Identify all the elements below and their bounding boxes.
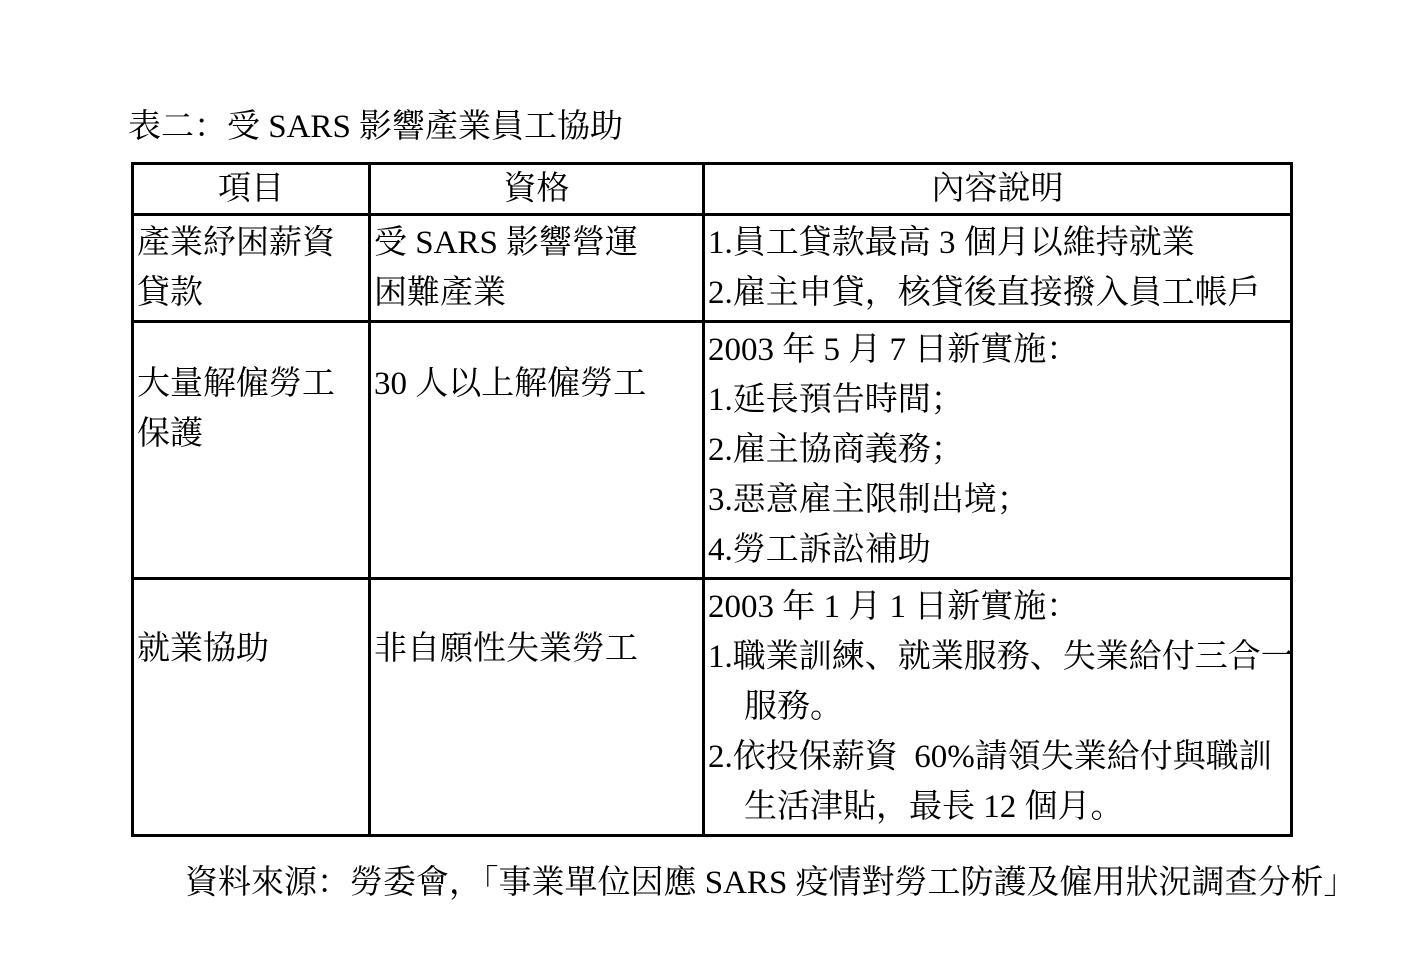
text-line: 2003 年 5 月 7 日新實施： (708, 325, 1287, 375)
header-description: 內容說明 (704, 164, 1292, 215)
table-row: 就業協助 非自願性失業勞工 2003 年 1 月 1 日新實施： 1.職業訓練、… (133, 579, 1292, 836)
text-line: 3.惡意雇主限制出境； (708, 475, 1287, 525)
cell-qualification: 非自願性失業勞工 (370, 579, 704, 836)
text-line: 2.雇主申貸，核貸後直接撥入員工帳戶 (708, 268, 1287, 318)
text-line: 大量解僱勞工 (137, 359, 365, 409)
document-page: 表二：受 SARS 影響產業員工協助 項目 資格 內容說明 產業紓困薪資 貸款 … (0, 0, 1411, 973)
cell-qualification: 30 人以上解僱勞工 (370, 322, 704, 579)
cell-item: 大量解僱勞工 保護 (133, 322, 370, 579)
text-line: 受 SARS 影響營運 (374, 218, 699, 268)
text-line: 非自願性失業勞工 (374, 624, 699, 674)
text-line: 就業協助 (137, 624, 365, 674)
table-row: 大量解僱勞工 保護 30 人以上解僱勞工 2003 年 5 月 7 日新實施： … (133, 322, 1292, 579)
text-line: 1.職業訓練、就業服務、失業給付三合一 (708, 632, 1287, 682)
cell-description: 2003 年 1 月 1 日新實施： 1.職業訓練、就業服務、失業給付三合一 服… (704, 579, 1292, 836)
assistance-table: 項目 資格 內容說明 產業紓困薪資 貸款 受 SARS 影響營運 困難產業 1.… (131, 162, 1293, 837)
text-line: 保護 (137, 409, 365, 459)
table-row: 產業紓困薪資 貸款 受 SARS 影響營運 困難產業 1.員工貸款最高 3 個月… (133, 215, 1292, 322)
header-qualification: 資格 (370, 164, 704, 215)
text-line: 生活津貼，最長 12 個月。 (708, 782, 1287, 832)
text-line: 1.員工貸款最高 3 個月以維持就業 (708, 218, 1287, 268)
text-line: 困難產業 (374, 268, 699, 318)
text-line: 1.延長預告時間； (708, 375, 1287, 425)
cell-description: 2003 年 5 月 7 日新實施： 1.延長預告時間； 2.雇主協商義務； 3… (704, 322, 1292, 579)
header-row: 項目 資格 內容說明 (133, 164, 1292, 215)
text-line: 2003 年 1 月 1 日新實施： (708, 582, 1287, 632)
cell-item: 就業協助 (133, 579, 370, 836)
cell-item: 產業紓困薪資 貸款 (133, 215, 370, 322)
cell-qualification: 受 SARS 影響營運 困難產業 (370, 215, 704, 322)
source-note: 資料來源：勞委會，「事業單位因應 SARS 疫情對勞工防護及僱用狀況調查分析」 (185, 861, 1411, 905)
text-line: 產業紓困薪資 (137, 218, 365, 268)
text-line: 4.勞工訴訟補助 (708, 525, 1287, 575)
text-line: 服務。 (708, 682, 1287, 732)
text-line: 貸款 (137, 268, 365, 318)
text-line: 30 人以上解僱勞工 (374, 359, 699, 409)
text-line: 2.雇主協商義務； (708, 425, 1287, 475)
header-item: 項目 (133, 164, 370, 215)
cell-description: 1.員工貸款最高 3 個月以維持就業 2.雇主申貸，核貸後直接撥入員工帳戶 (704, 215, 1292, 322)
text-line: 2.依投保薪資 60%請領失業給付與職訓 (708, 732, 1287, 782)
table-caption: 表二：受 SARS 影響產業員工協助 (128, 106, 1411, 148)
